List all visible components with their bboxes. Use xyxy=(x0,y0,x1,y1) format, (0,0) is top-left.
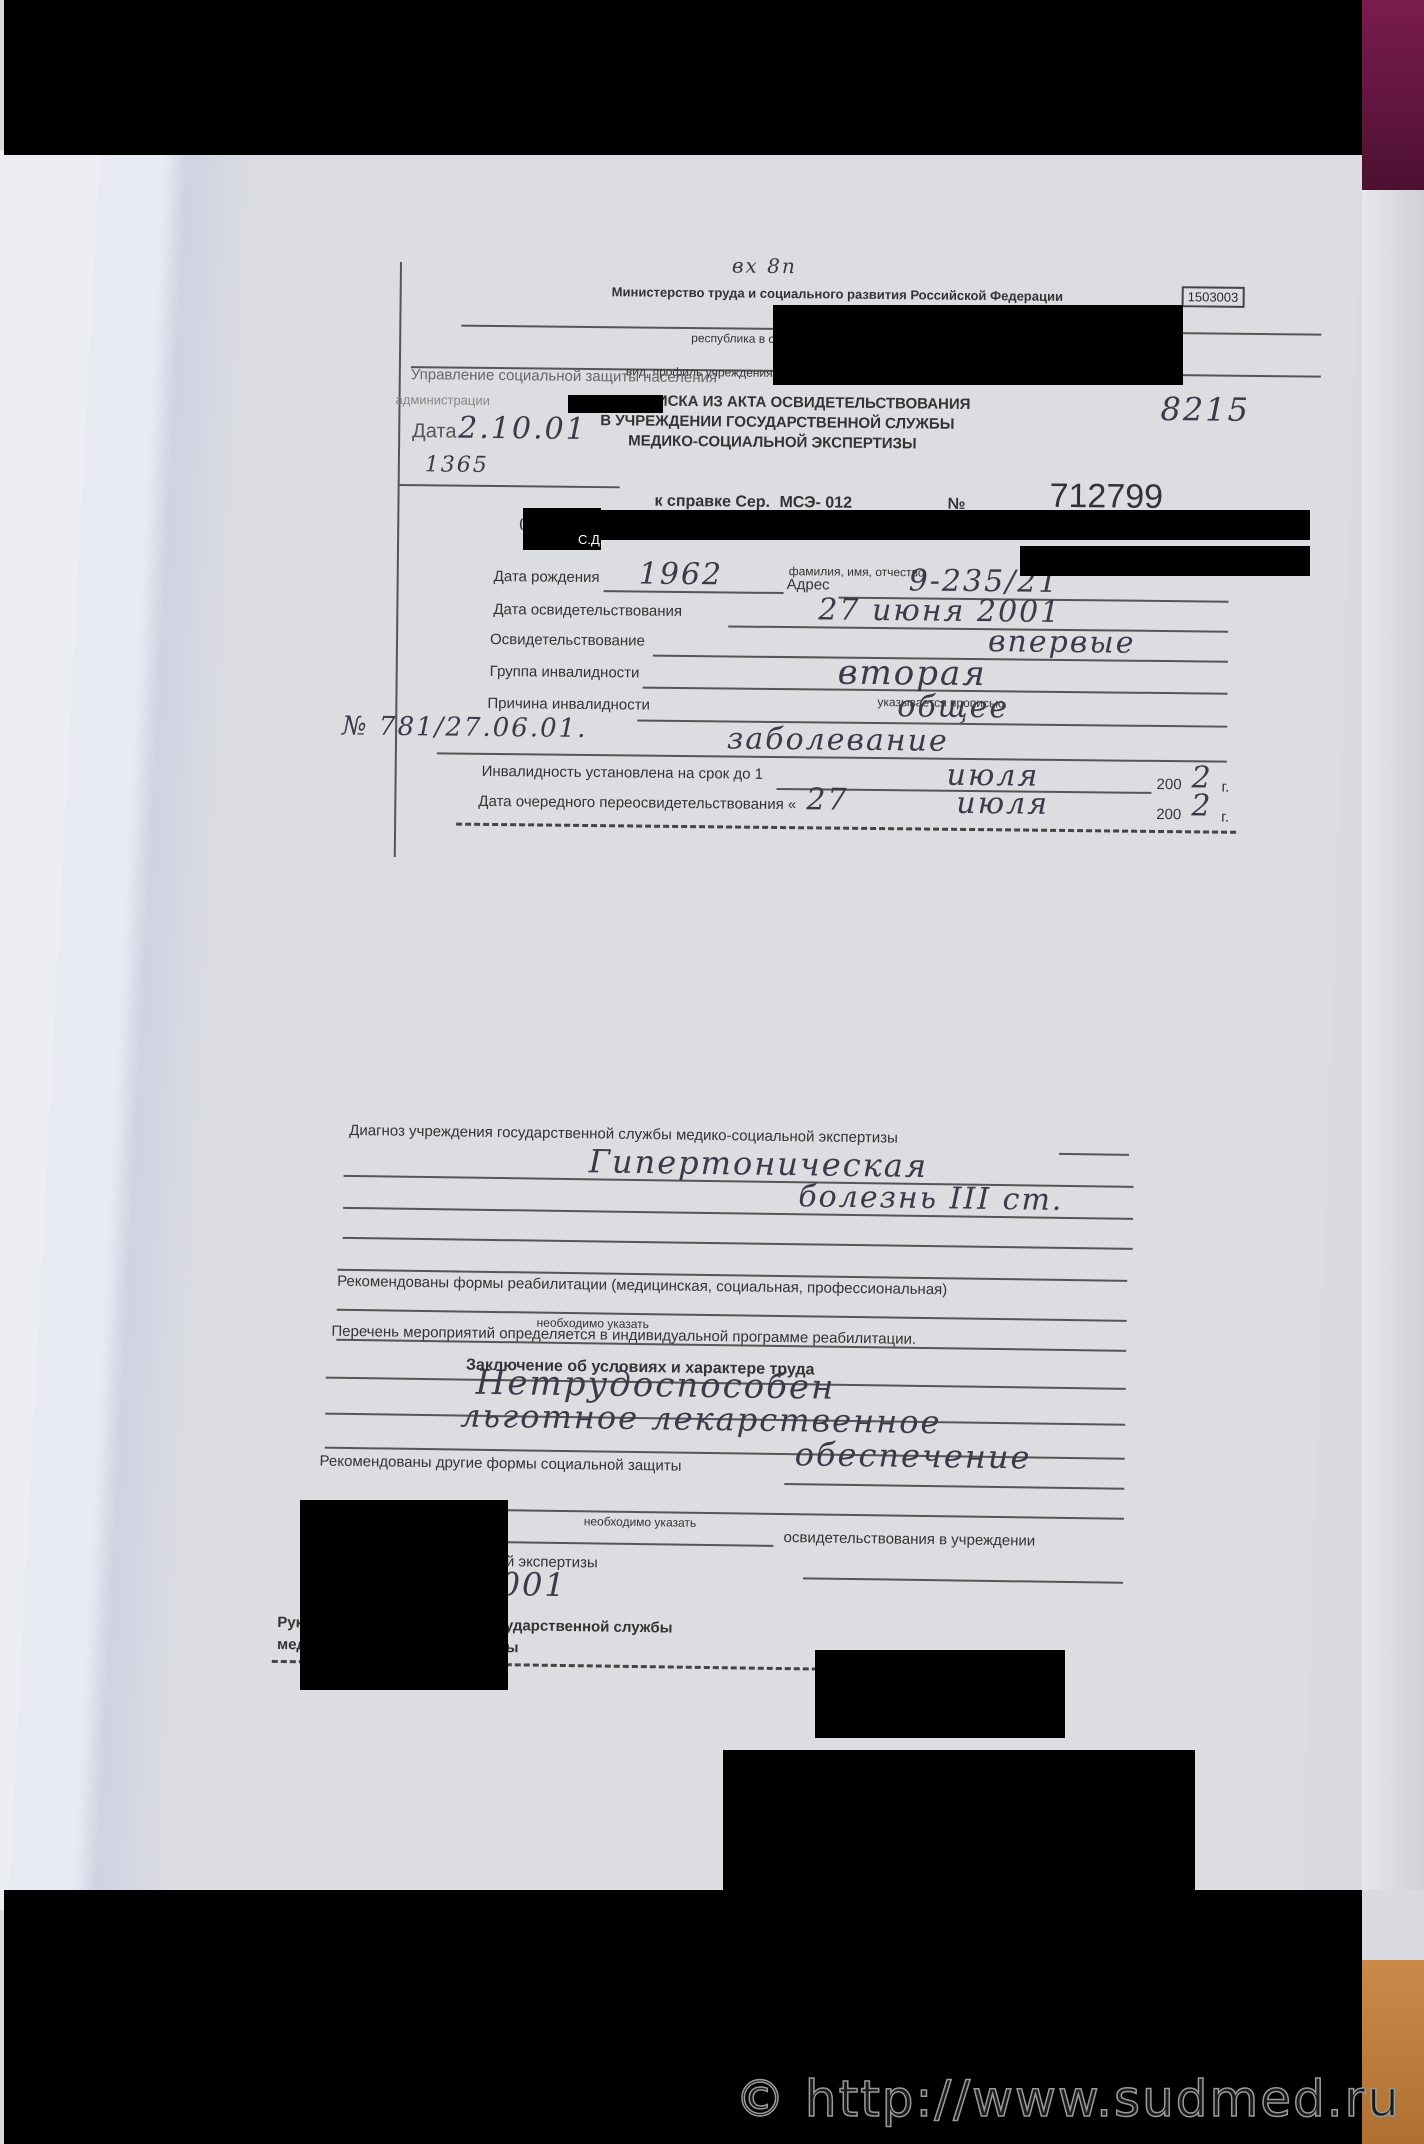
reexam-year-prefix: 200 xyxy=(1156,806,1181,823)
cause-value-1: общее xyxy=(897,689,1009,725)
redaction-signature xyxy=(815,1650,1065,1738)
rule xyxy=(337,1309,1127,1322)
reexam-year-digit: 2 xyxy=(1191,788,1212,823)
diagnosis-line2: болезнь III ст. xyxy=(798,1179,1064,1218)
redaction-district xyxy=(568,395,663,413)
birth-label: Дата рождения xyxy=(494,568,600,586)
redaction-stamp xyxy=(300,1500,508,1690)
work-line2: льготное лекарственное xyxy=(460,1397,942,1442)
handwritten-number: 8215 xyxy=(1160,390,1250,429)
stamp-line2: администрации xyxy=(395,392,489,408)
redaction-name-2 xyxy=(600,510,1310,540)
rule xyxy=(1059,1153,1129,1156)
title-line1: ВЫПИСКА ИЗ АКТА ОСВИДЕТЕЛЬСТВОВАНИЯ xyxy=(620,392,970,413)
act-reference: № 781/27.06.01. xyxy=(342,711,588,744)
group-label: Группа инвалидности xyxy=(490,663,640,682)
cause-value-2: заболевание xyxy=(727,721,949,758)
title-line3: МЕДИКО-СОЦИАЛЬНОЙ ЭКСПЕРТИЗЫ xyxy=(628,432,917,452)
stamp-rule xyxy=(400,484,620,488)
certificate-label: к справке Сер. xyxy=(654,493,770,512)
ministry-title: Министерство труда и социального развити… xyxy=(612,284,1063,304)
term-label: Инвалидность установлена на срок до 1 xyxy=(482,763,764,783)
stamp-date-value: 2.10.01 xyxy=(458,411,587,447)
redaction-institution xyxy=(773,305,1183,385)
exam-date-label: Дата освидетельствования xyxy=(493,601,682,620)
work-line3: обеспечение xyxy=(794,1435,1031,1476)
social-protection-label: Рекомендованы другие формы социальной за… xyxy=(320,1453,682,1475)
group-value: вторая xyxy=(838,653,987,695)
term-year-prefix: 200 xyxy=(1156,776,1181,793)
exam-place-label: освидетельствования в учреждении xyxy=(783,1529,1035,1550)
rule xyxy=(343,1237,1133,1250)
handwritten-note-top: вх 8п xyxy=(732,253,797,278)
background-paper-stack xyxy=(1362,190,1424,1890)
exam-label: Освидетельствование xyxy=(490,631,645,650)
watermark: © http://www.sudmed.ru xyxy=(735,2070,1401,2128)
stamp-line1: Управление социальной защиты населения xyxy=(411,366,717,386)
background-fabric xyxy=(1362,0,1424,200)
redaction-head-name xyxy=(723,1750,1195,1900)
social-caption: необходимо указать xyxy=(584,1514,697,1530)
republic-label: республика в с xyxy=(691,331,774,346)
patient-initials: С.Д. xyxy=(578,532,603,547)
title-line2: В УЧРЕЖДЕНИИ ГОСУДАРСТВЕННОЙ СЛУЖБЫ xyxy=(600,412,954,433)
reexam-day: 27 xyxy=(806,782,849,817)
exam-value: впервые xyxy=(988,624,1136,661)
cause-label: Причина инвалидности xyxy=(487,695,650,714)
rule xyxy=(784,1483,1124,1490)
redaction-band-top xyxy=(4,0,1362,155)
address-label: Адрес xyxy=(787,576,830,593)
diagnosis-line1: Гипертоническая xyxy=(589,1142,929,1185)
stamp-number: 1365 xyxy=(425,452,489,478)
reexam-year-suffix: г. xyxy=(1221,809,1229,826)
reexam-label: Дата очередного переосвидетельствования … xyxy=(478,793,796,813)
rule xyxy=(803,1577,1123,1583)
stamp-date-label: Дата xyxy=(412,420,457,443)
cut-line xyxy=(456,823,1236,834)
term-year-suffix: г. xyxy=(1221,779,1229,796)
birth-value: 1962 xyxy=(639,557,724,593)
form-code: 1503003 xyxy=(1182,286,1245,308)
redaction-name-3 xyxy=(1020,546,1310,576)
reexam-month: июля xyxy=(956,786,1049,822)
